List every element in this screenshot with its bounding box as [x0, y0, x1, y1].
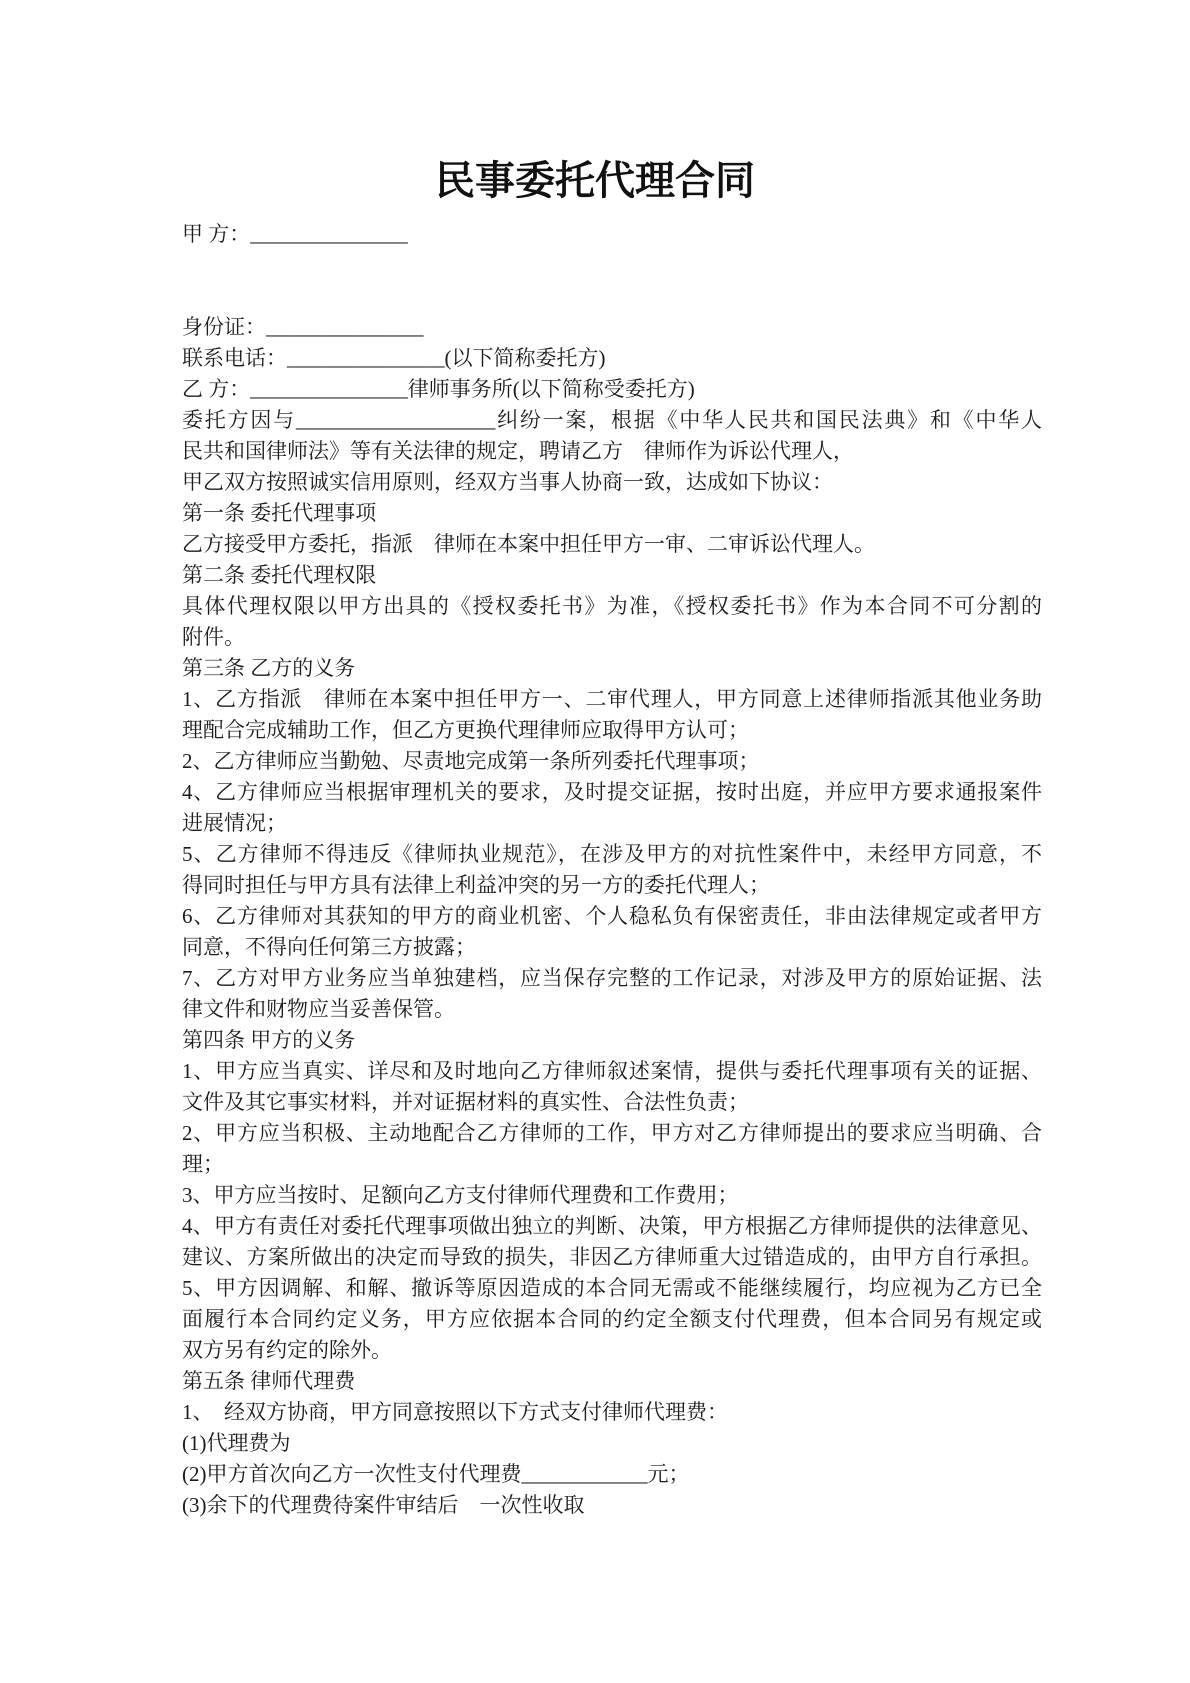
text-line-12: 第二条 委托代理权限 — [182, 560, 1042, 591]
text-line-39: 1、 经双方协商，甲方同意按照以下方式支付律师代理费： — [182, 1397, 1042, 1428]
text-line-20: 进展情况； — [182, 808, 1042, 839]
text-line-7: 委托方因与___________________纠纷一案，根据《中华人民共和国民… — [182, 405, 1042, 436]
document-title: 民事委托代理合同 — [0, 157, 1190, 205]
text-line-22: 得同时担任与甲方具有法律上利益冲突的另一方的委托代理人； — [182, 870, 1042, 901]
text-line-30: 2、甲方应当积极、主动地配合乙方律师的工作，甲方对乙方律师提出的要求应当明确、合 — [182, 1118, 1042, 1149]
text-line-3 — [182, 281, 1042, 312]
text-line-4: 身份证：_______________ — [182, 312, 1042, 343]
text-line-26: 律文件和财物应当妥善保管。 — [182, 994, 1042, 1025]
text-line-21: 5、乙方律师不得违反《律师执业规范》，在涉及甲方的对抗性案件中，未经甲方同意，不 — [182, 839, 1042, 870]
text-line-6: 乙 方：_______________律师事务所(以下简称受委托方) — [182, 374, 1042, 405]
text-line-38: 第五条 律师代理费 — [182, 1366, 1042, 1397]
text-line-29: 文件及其它事实材料，并对证据材料的真实性、合法性负责； — [182, 1087, 1042, 1118]
text-line-2 — [182, 250, 1042, 281]
text-line-5: 联系电话：_______________(以下简称委托方) — [182, 343, 1042, 374]
text-line-8: 民共和国律师法》等有关法律的规定，聘请乙方 律师作为诉讼代理人， — [182, 436, 1042, 467]
text-line-41: (2)甲方首次向乙方一次性支付代理费____________元； — [182, 1459, 1042, 1490]
text-line-23: 6、乙方律师对其获知的甲方的商业机密、个人稳私负有保密责任，非由法律规定或者甲方 — [182, 901, 1042, 932]
text-line-10: 第一条 委托代理事项 — [182, 498, 1042, 529]
text-line-19: 4、乙方律师应当根据审理机关的要求，及时提交证据，按时出庭，并应甲方要求通报案件 — [182, 777, 1042, 808]
document-page: { "document": { "title": "民事委托代理合同", "te… — [0, 0, 1190, 1683]
text-line-31: 理； — [182, 1149, 1042, 1180]
text-line-11: 乙方接受甲方委托，指派 律师在本案中担任甲方一审、二审诉讼代理人。 — [182, 529, 1042, 560]
text-line-1: 甲 方：_______________ — [182, 219, 1042, 250]
text-line-24: 同意，不得向任何第三方披露； — [182, 932, 1042, 963]
text-line-40: (1)代理费为 — [182, 1428, 1042, 1459]
text-line-36: 面履行本合同约定义务，甲方应依据本合同的约定全额支付代理费，但本合同另有规定或 — [182, 1304, 1042, 1335]
text-line-9: 甲乙双方按照诚实信用原则，经双方当事人协商一致，达成如下协议： — [182, 467, 1042, 498]
text-line-17: 理配合完成辅助工作，但乙方更换代理律师应取得甲方认可； — [182, 715, 1042, 746]
text-line-15: 第三条 乙方的义务 — [182, 653, 1042, 684]
text-line-16: 1、乙方指派 律师在本案中担任甲方一、二审代理人，甲方同意上述律师指派其他业务助 — [182, 684, 1042, 715]
document-body: 甲 方：_______________ 身份证：_______________联… — [182, 219, 1042, 1521]
text-line-42: (3)余下的代理费待案件审结后 一次性收取 — [182, 1490, 1042, 1521]
text-line-33: 4、甲方有责任对委托代理事项做出独立的判断、决策，甲方根据乙方律师提供的法律意见… — [182, 1211, 1042, 1242]
text-line-34: 建议、方案所做出的决定而导致的损失，非因乙方律师重大过错造成的，由甲方自行承担。 — [182, 1242, 1042, 1273]
text-line-37: 双方另有约定的除外。 — [182, 1335, 1042, 1366]
text-line-18: 2、乙方律师应当勤勉、尽责地完成第一条所列委托代理事项； — [182, 746, 1042, 777]
text-line-35: 5、甲方因调解、和解、撤诉等原因造成的本合同无需或不能继续履行，均应视为乙方已全 — [182, 1273, 1042, 1304]
text-line-32: 3、甲方应当按时、足额向乙方支付律师代理费和工作费用； — [182, 1180, 1042, 1211]
text-line-14: 附件。 — [182, 622, 1042, 653]
text-line-27: 第四条 甲方的义务 — [182, 1025, 1042, 1056]
text-line-13: 具体代理权限以甲方出具的《授权委托书》为准，《授权委托书》作为本合同不可分割的 — [182, 591, 1042, 622]
text-line-28: 1、甲方应当真实、详尽和及时地向乙方律师叙述案情，提供与委托代理事项有关的证据、 — [182, 1056, 1042, 1087]
text-line-25: 7、乙方对甲方业务应当单独建档，应当保存完整的工作记录，对涉及甲方的原始证据、法 — [182, 963, 1042, 994]
